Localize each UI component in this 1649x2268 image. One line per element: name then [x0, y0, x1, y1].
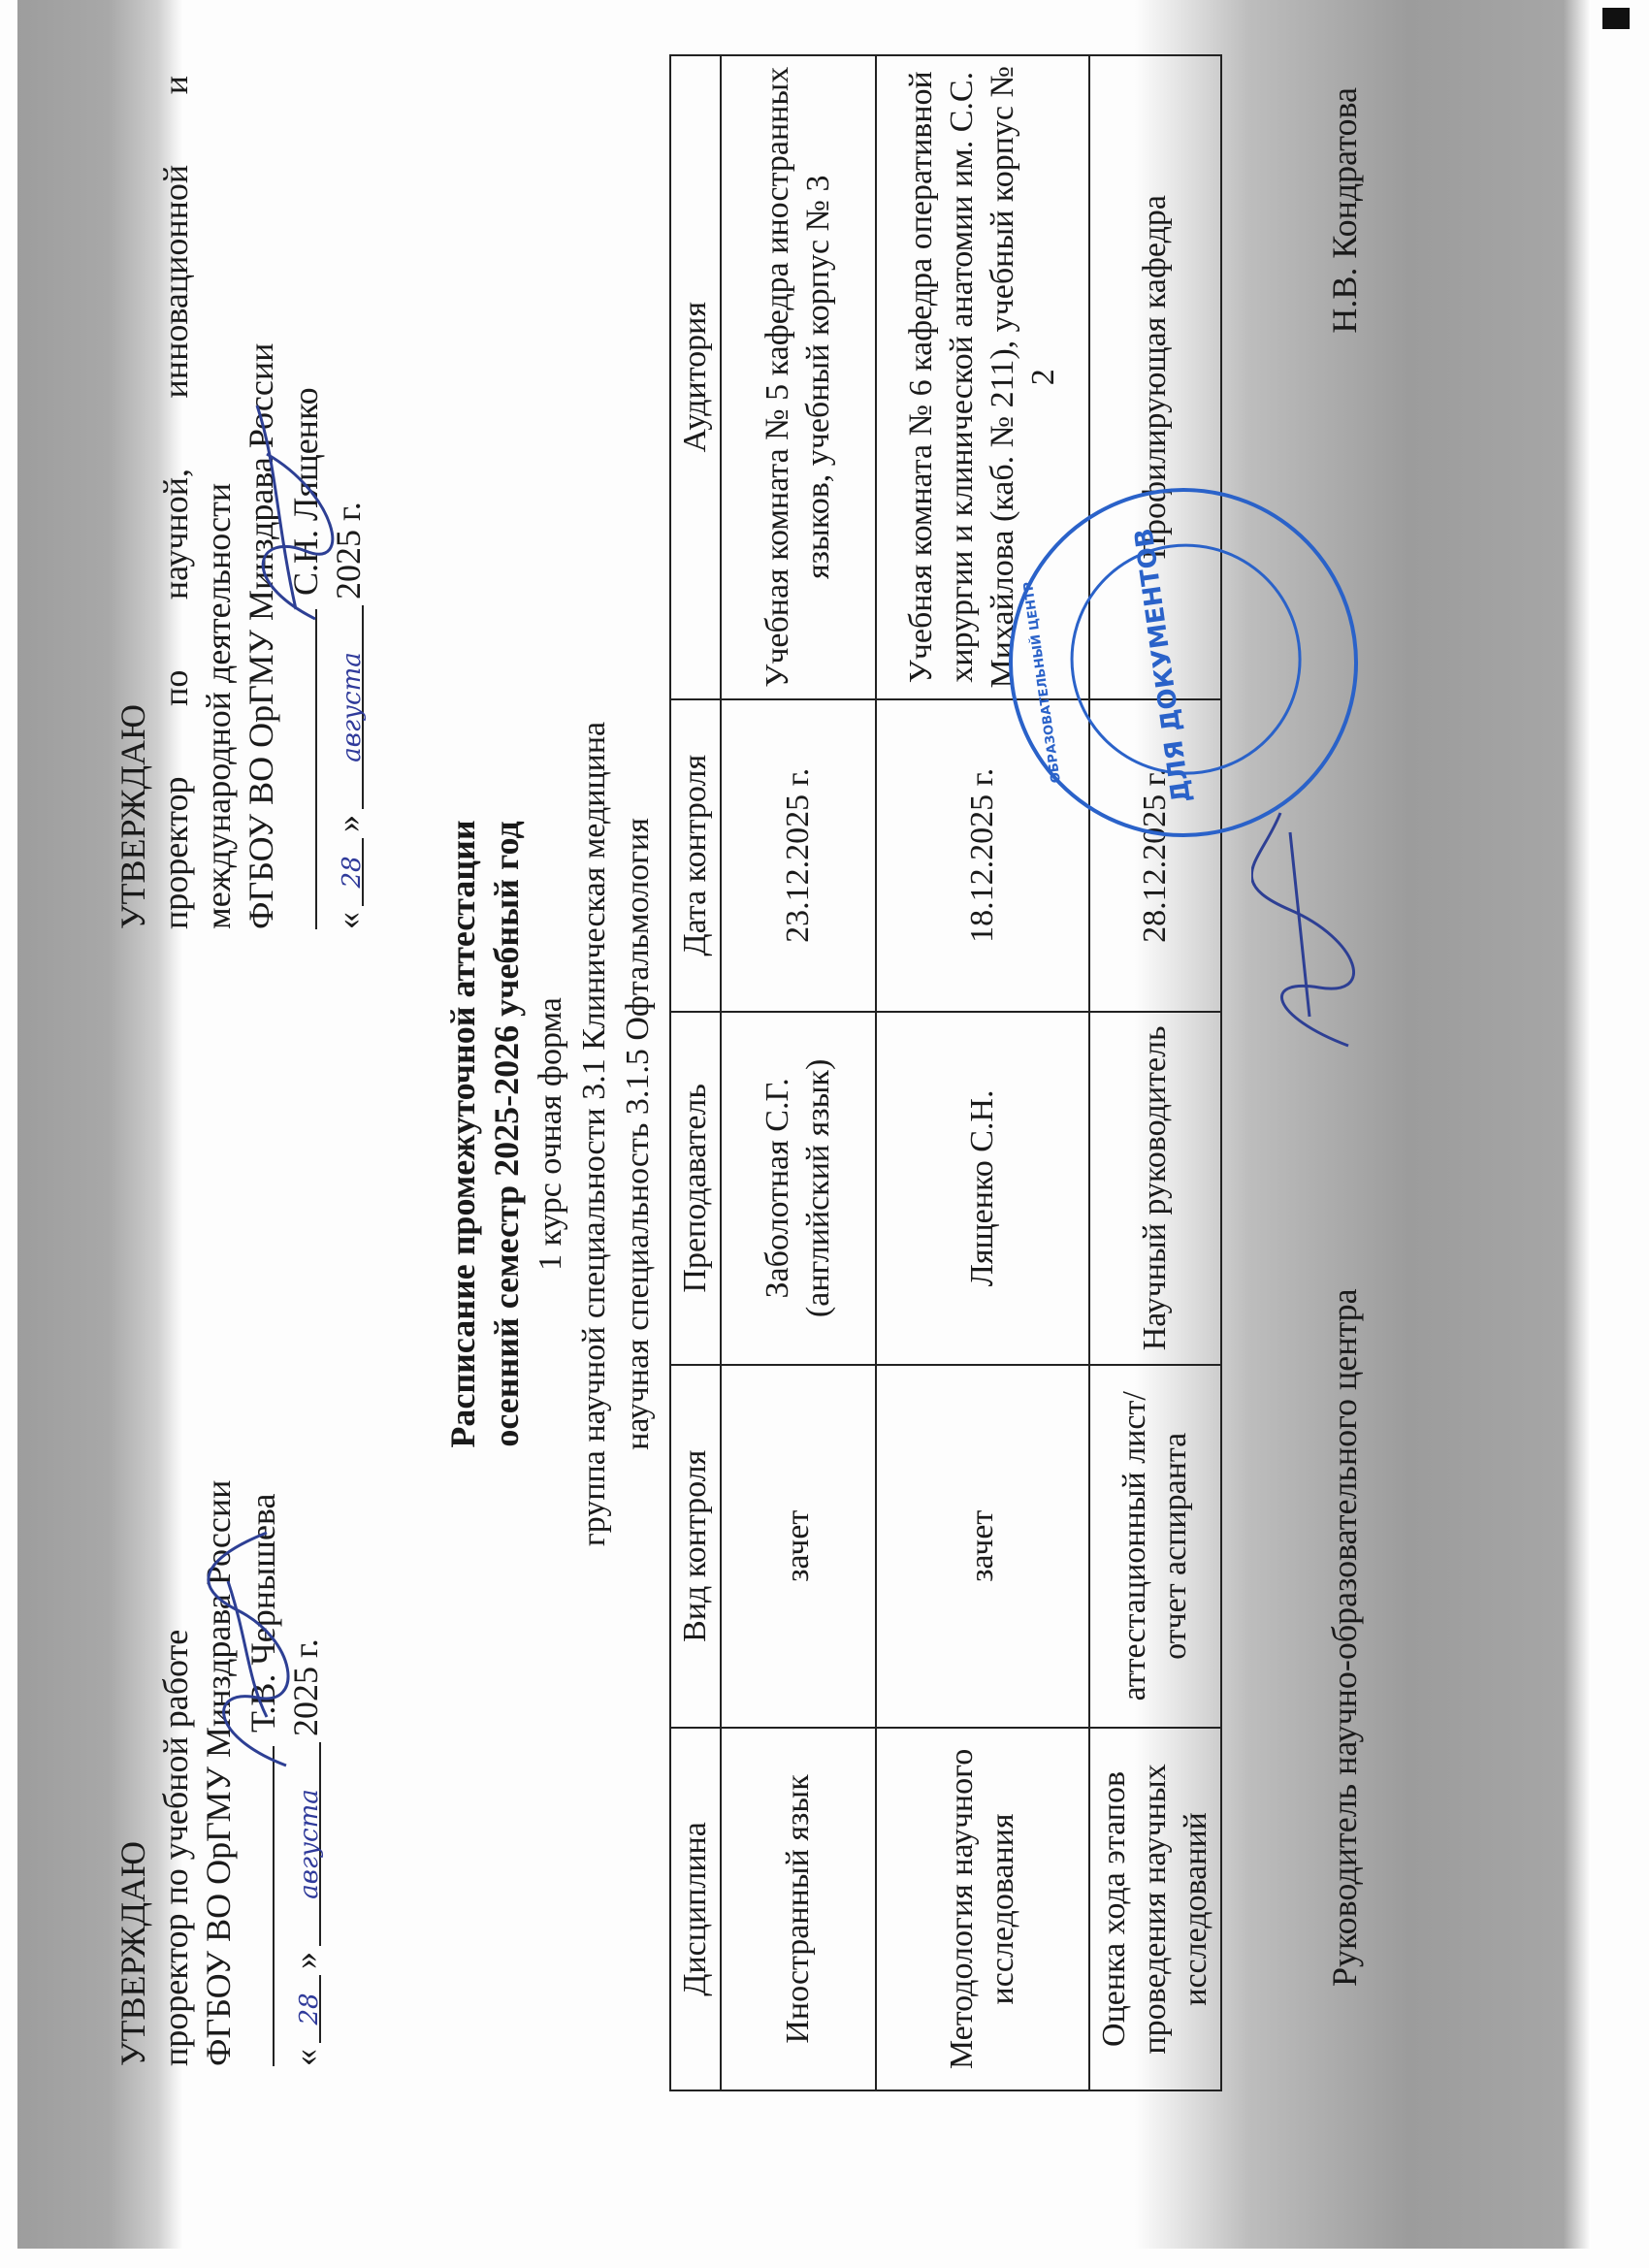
scan-corner-mark [1602, 8, 1630, 29]
footer-signature-line: Руководитель научно-образовательного цен… [1324, 87, 1365, 1987]
table-row: Оценка хода этапов проведения научных ис… [1089, 55, 1221, 2090]
handwritten-signature-icon [199, 1523, 306, 1775]
cell-date: 23.12.2025 г. [721, 699, 876, 1012]
title-line: группа научной специальности 3.1 Клиниче… [572, 0, 616, 2268]
cell-discipline: Методология научного исследования [876, 1728, 1089, 2090]
cell-discipline: Иностранный язык [721, 1728, 876, 2090]
cell-control-type: зачет [876, 1365, 1089, 1728]
title-line: Расписание промежуточной аттестации [441, 0, 485, 2268]
approval-block-right: УТВЕРЖДАЮ проректор по научной, инноваци… [112, 76, 370, 929]
table-row: Методология научного исследования зачет … [876, 55, 1089, 2090]
title-line: научная специальность 3.1.5 Офтальмологи… [616, 0, 660, 2268]
date-day: 28 [288, 1975, 321, 2043]
document-title: Расписание промежуточной аттестации осен… [441, 0, 660, 2268]
schedule-table: Дисциплина Вид контроля Преподаватель Да… [669, 54, 1222, 2091]
footer-position: Руководитель научно-образовательного цен… [1324, 1288, 1365, 1987]
cell-control-type: зачет [721, 1365, 876, 1728]
date-day: 28 [331, 838, 364, 906]
signature-line [282, 609, 317, 929]
approval-line: проректор по учебной работе [154, 1329, 197, 2066]
cell-teacher: Заболотная С.Г. (английский язык) [721, 1012, 876, 1365]
column-header: Дата контроля [670, 699, 721, 1012]
cell-teacher: Лященко С.Н. [876, 1012, 1089, 1365]
cell-discipline: Оценка хода этапов проведения научных ис… [1089, 1728, 1221, 2090]
approval-line: проректор по научной, инновационной и [154, 76, 197, 929]
cell-control-type: аттестационный лист/ отчет аспиранта [1089, 1365, 1221, 1728]
title-line: 1 курс очная форма [529, 0, 572, 2268]
cell-room: Учебная комната № 5 кафедра иностранных … [721, 55, 876, 699]
signature-line [240, 1746, 275, 2066]
table-header-row: Дисциплина Вид контроля Преподаватель Да… [670, 55, 721, 2090]
cell-teacher: Научный руководитель [1089, 1012, 1221, 1365]
column-header: Дисциплина [670, 1728, 721, 2090]
footer-name: Н.В. Кондратова [1324, 87, 1365, 334]
approval-line: международной деятельности [197, 76, 240, 929]
title-line: осенний семестр 2025-2026 учебный год [485, 0, 529, 2268]
table-row: Иностранный язык зачет Заболотная С.Г. (… [721, 55, 876, 2090]
approval-heading: УТВЕРЖДАЮ [112, 76, 154, 929]
approval-block-left: УТВЕРЖДАЮ проректор по учебной работе ФГ… [112, 1329, 327, 2066]
approval-heading: УТВЕРЖДАЮ [112, 1329, 154, 2066]
scanned-document-page: УТВЕРЖДАЮ проректор по учебной работе ФГ… [0, 0, 1649, 2268]
column-header: Вид контроля [670, 1365, 721, 1728]
column-header: Аудитория [670, 55, 721, 699]
column-header: Преподаватель [670, 1012, 721, 1365]
handwritten-signature-icon [238, 386, 344, 638]
